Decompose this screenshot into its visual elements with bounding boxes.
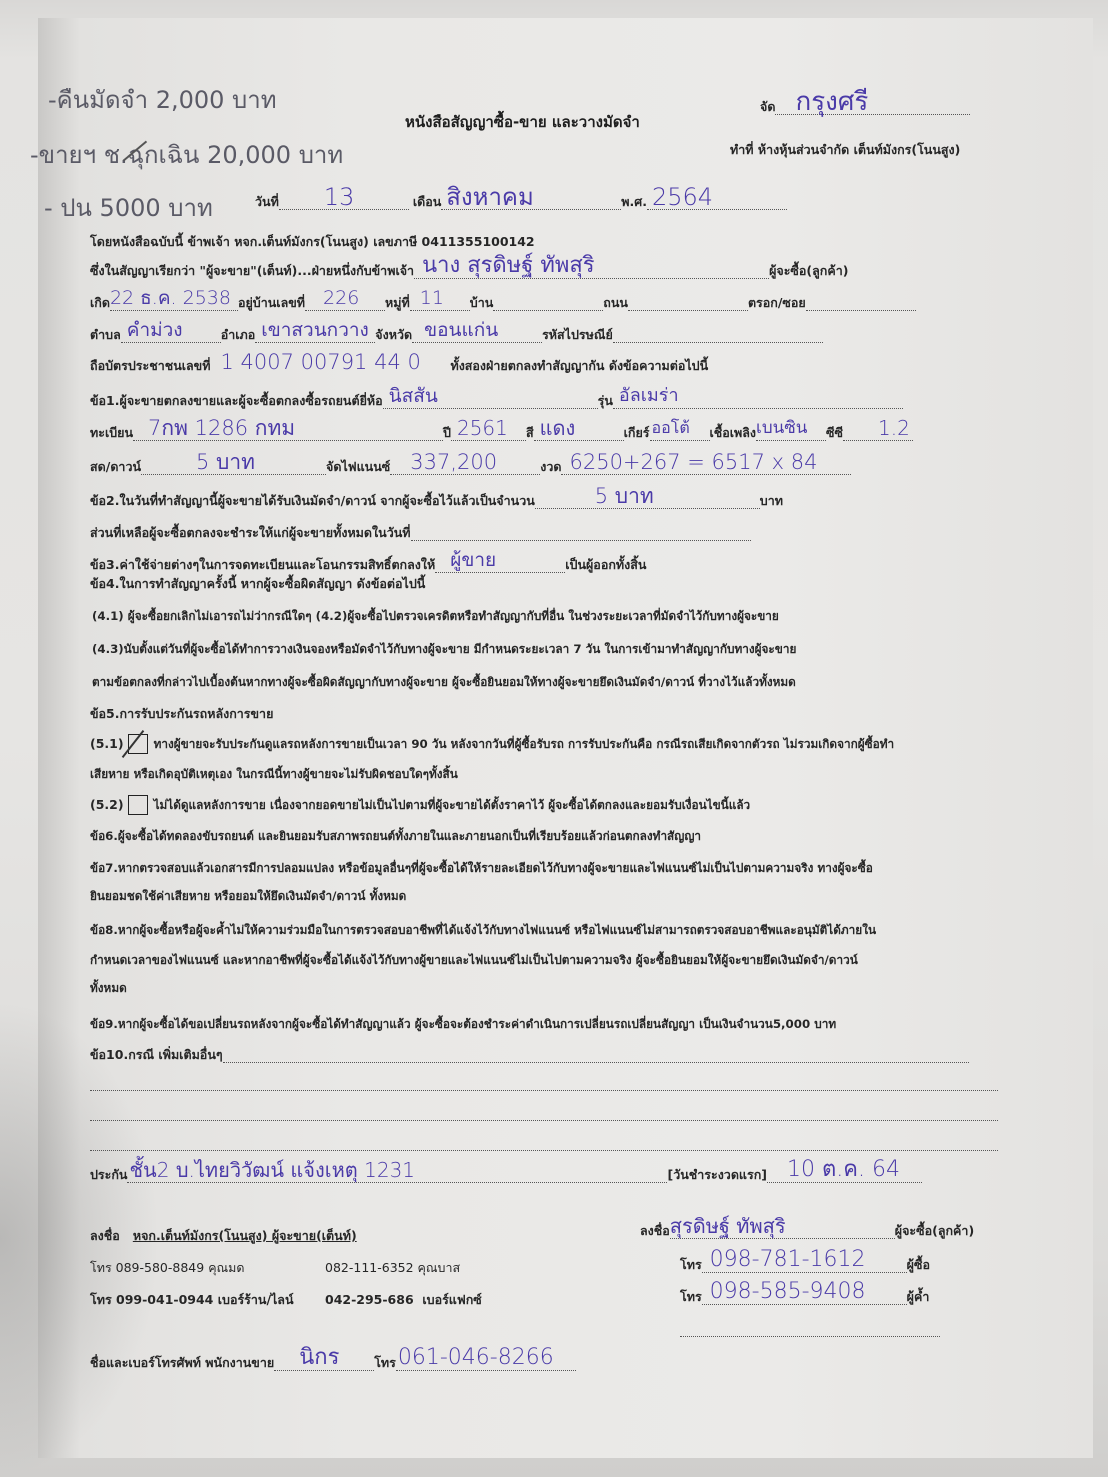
remaining-row: ส่วนที่เหลือผู้จะซื้อตกลงจะชำระให้แก่ผู้…	[90, 524, 751, 541]
salesperson-label: ชื่อและเบอร์โทรศัพท์ พนักงานขาย	[90, 1355, 274, 1371]
guarantor-phone-label: โทร	[680, 1289, 702, 1305]
remaining-date-input[interactable]	[411, 524, 751, 541]
cc-input[interactable]: 1.2	[843, 424, 913, 441]
option1-label: (5.1)	[90, 736, 124, 752]
province-label: จัด	[760, 99, 775, 115]
color-input[interactable]: แดง	[534, 424, 624, 441]
model-label: รุ่น	[598, 393, 613, 409]
clause5-option2: (5.2) ไม่ได้ดูแลหลังการขาย เนื่องจากยอดข…	[90, 795, 750, 815]
insurance-row: ประกัน ชั้น2 บ.ไทยวิวัฒน์ แจ้งเหตุ 1231 …	[90, 1166, 922, 1183]
date-row: วันที่ 13 เดือน สิงหาคม พ.ศ. 2564	[255, 193, 787, 210]
buyer-province-label: จังหวัด	[375, 327, 412, 343]
margin-note-2: -ขายฯ ช.ฉุกเฉิน 20,000 บาท	[30, 135, 343, 174]
house-no-label: อยู่บ้านเลขที่	[238, 295, 305, 311]
province-input[interactable]: กรุงศรี	[775, 98, 970, 115]
seller-name: หจก.เต็นท์มังกร(โนนสูง) ผู้จะขาย(เต็นท์)	[133, 1228, 357, 1243]
insurance-input[interactable]: ชั้น2 บ.ไทยวิวัฒน์ แจ้งเหตุ 1231	[127, 1166, 667, 1183]
buyer-phone-role: ผู้ซื้อ	[907, 1257, 930, 1273]
road-label: ถนน	[603, 295, 628, 311]
id-label: ถือบัตรประชาชนเลขที่	[90, 358, 210, 374]
postcode-label: รหัสไปรษณีย์	[542, 327, 613, 343]
margin-note-3: - ปน 5000 บาท	[44, 188, 213, 227]
seller-sign-label: ลงชื่อ	[90, 1228, 120, 1243]
year-input[interactable]: 2564	[647, 193, 787, 210]
plate-label: ทะเบียน	[90, 425, 133, 441]
address-row-1: เกิด 22 ธ.ค. 2538 อยู่บ้านเลขที่ 226 หมู…	[90, 294, 916, 311]
down-label: สด/ดาวน์	[90, 459, 141, 475]
born-label: เกิด	[90, 295, 110, 311]
clause4-line1: (4.1) ผู้จะซื้อยกเลิกไม่เอารถไม่ว่ากรณีใ…	[92, 608, 779, 624]
option2-text: ไม่ได้ดูแลหลังการขาย เนื่องจากยอดขายไม่เ…	[154, 797, 751, 813]
fee-payer-input[interactable]: ผู้ขาย	[435, 556, 565, 573]
day-label: วันที่	[255, 194, 279, 210]
car-year-label: ปี	[443, 425, 451, 441]
option1-text: ทางผู้ขายจะรับประกันดูแลรถหลังการขายเป็น…	[154, 736, 895, 752]
deposit-unit: บาท	[760, 493, 783, 509]
cc-label: ซีซี	[826, 425, 843, 441]
year-label: พ.ศ.	[621, 194, 647, 210]
clause1-row: ข้อ1.ผู้จะขายตกลงขายและผู้จะซื้อตกลงซื้อ…	[90, 392, 903, 409]
soi-label: ตรอก/ซอย	[748, 295, 806, 311]
extra-line-3[interactable]	[90, 1150, 998, 1151]
buyer-sign-label: ลงชื่อ	[640, 1223, 670, 1239]
clause1-label: ข้อ1.ผู้จะขายตกลงขายและผู้จะซื้อตกลงซื้อ…	[90, 393, 383, 409]
id-row: ถือบัตรประชาชนเลขที่ 1 4007 00791 44 0 ท…	[90, 358, 708, 374]
born-input[interactable]: 22 ธ.ค. 2538	[110, 294, 238, 311]
gear-input[interactable]: ออโต้	[650, 424, 710, 441]
road-input[interactable]	[628, 294, 748, 311]
fuel-label: เชื้อเพลิง	[710, 425, 757, 441]
clause2-row: ข้อ2.ในวันที่ทำสัญญานี้ผู้จะขายได้รับเงิ…	[90, 492, 783, 509]
finance-label: จัดไฟแนนซ์	[326, 459, 390, 475]
clause5-heading: ข้อ5.การรับประกันรถหลังการขาย	[90, 706, 273, 722]
seller-sign: ลงชื่อ หจก.เต็นท์มังกร(โนนสูง) ผู้จะขาย(…	[90, 1228, 357, 1244]
postcode-input[interactable]	[613, 326, 823, 343]
seller-contact-1: โทร 089-580-8849 คุณมด	[90, 1260, 245, 1276]
clause10-row: ข้อ10.กรณี เพิ่มเติมอื่นๆ	[90, 1046, 969, 1063]
month-label: เดือน	[413, 194, 441, 210]
buyer-phone-input[interactable]: 098-781-1612	[702, 1256, 907, 1273]
village-input[interactable]	[493, 294, 603, 311]
buyer-sign-role: ผู้จะซื้อ(ลูกค้า)	[895, 1223, 974, 1239]
insurance-label: ประกัน	[90, 1167, 127, 1183]
month-input[interactable]: สิงหาคม	[441, 193, 621, 210]
clause8-line2: กำหนดเวลาของไฟแนนซ์ และหากอาชีพที่ผู้จะซ…	[90, 952, 858, 968]
id-suffix: ทั้งสองฝ่ายตกลงทำสัญญากัน ดังข้อความต่อไ…	[450, 358, 708, 374]
day-input[interactable]: 13	[279, 193, 409, 210]
clause4-heading: ข้อ4.ในการทำสัญญาครั้งนี้ หากผู้จะซื้อผิ…	[90, 576, 425, 592]
id-input[interactable]: 1 4007 00791 44 0	[210, 358, 450, 374]
buyer-sign-row: ลงชื่อ สุรดิษฐ์ ทัพสุริ ผู้จะซื้อ(ลูกค้า…	[640, 1222, 974, 1239]
buyer-province-input[interactable]: ขอนแก่น	[412, 326, 542, 343]
buyer-role: ผู้จะซื้อ(ลูกค้า)	[769, 263, 848, 279]
clause8-line1: ข้อ8.หากผู้จะซื้อหรือผู้จะค้ำไม่ให้ความร…	[90, 922, 876, 938]
deposit-input[interactable]: 5 บาท	[535, 492, 760, 509]
intro-text: โดยหนังสือฉบับนี้ ข้าพเจ้า หจก.เต็นท์มัง…	[90, 234, 535, 250]
clause3-suffix: เป็นผู้ออกทั้งสิ้น	[565, 557, 646, 573]
house-no-input[interactable]: 226	[305, 294, 385, 311]
district-label: อำเภอ	[221, 327, 256, 343]
clause3-row: ข้อ3.ค่าใช้จ่ายต่างๆในการจดทะเบียนและโอน…	[90, 556, 646, 573]
seller-contact-3: โทร 099-041-0944 เบอร์ร้าน/ไลน์	[90, 1292, 294, 1308]
extra-line-1[interactable]	[90, 1090, 998, 1091]
option2-checkbox[interactable]	[128, 795, 148, 815]
extra-line-2[interactable]	[90, 1120, 998, 1121]
buyer-phone-label: โทร	[680, 1257, 702, 1273]
finance-input[interactable]: 337,200	[390, 458, 540, 475]
guarantor-phone-input[interactable]: 098-585-9408	[702, 1288, 907, 1305]
down-input[interactable]: 5 บาท	[141, 458, 326, 475]
first-payment-input[interactable]: 10 ต.ค. 64	[767, 1166, 922, 1183]
option1-text-cont: เสียหาย หรือเกิดอุบัติเหตุเอง ในกรณีนี้ท…	[90, 766, 458, 782]
clause6: ข้อ6.ผู้จะซื้อได้ทดลองขับรถยนต์ และยินยอ…	[90, 828, 701, 844]
address-row-2: ตำบล คำม่วง อำเภอ เขาสวนกวาง จังหวัด ขอน…	[90, 326, 823, 343]
salesperson-phone-label: โทร	[374, 1355, 396, 1371]
clause10-input[interactable]	[223, 1046, 969, 1063]
buyer-signature[interactable]: สุรดิษฐ์ ทัพสุริ	[670, 1222, 895, 1239]
plate-input[interactable]: 7กพ 1286 กทม	[133, 424, 443, 441]
salesperson-row: ชื่อและเบอร์โทรศัพท์ พนักงานขาย นิกร โทร…	[90, 1354, 576, 1371]
witness-line[interactable]	[680, 1336, 940, 1337]
clause2-label: ข้อ2.ในวันที่ทำสัญญานี้ผู้จะขายได้รับเงิ…	[90, 493, 535, 509]
clause5-option1: (5.1) ทางผู้ขายจะรับประกันดูแลรถหลังการข…	[90, 734, 894, 754]
installment-label: งวด	[540, 459, 561, 475]
clause9: ข้อ9.หากผู้จะซื้อได้ขอเปลี่ยนรถหลังจากผู…	[90, 1016, 836, 1032]
option1-checkbox[interactable]	[128, 734, 148, 754]
gear-label: เกียร์	[624, 425, 650, 441]
soi-input[interactable]	[806, 294, 916, 311]
buyer-name-row: ซึ่งในสัญญาเรียกว่า "ผู้จะขาย"(เต็นท์)..…	[90, 262, 848, 279]
clause8-line3: ทั้งหมด	[90, 980, 127, 996]
subdistrict-label: ตำบล	[90, 327, 121, 343]
fuel-input[interactable]: เบนซิน	[756, 424, 826, 441]
car-year-input[interactable]: 2561	[451, 424, 526, 441]
color-label: สี	[526, 425, 534, 441]
guarantor-phone-role: ผู้ค้ำ	[907, 1289, 930, 1305]
moo-label: หมู่ที่	[385, 295, 410, 311]
margin-note-1: -คืนมัดจำ 2,000 บาท	[48, 80, 277, 119]
remaining-label: ส่วนที่เหลือผู้จะซื้อตกลงจะชำระให้แก่ผู้…	[90, 525, 411, 541]
village-label: บ้าน	[470, 295, 494, 311]
subdistrict-input[interactable]: คำม่วง	[121, 326, 221, 343]
salesperson-phone-input[interactable]: 061-046-8266	[396, 1354, 576, 1371]
finance-row: สด/ดาวน์ 5 บาท จัดไฟแนนซ์ 337,200 งวด 62…	[90, 458, 851, 475]
option2-label: (5.2)	[90, 797, 124, 813]
installment-input[interactable]: 6250+267 = 6517 x 84	[561, 458, 851, 475]
document-title: หนังสือสัญญาซื้อ-ขาย และวางมัดจำ	[405, 110, 640, 134]
province-field: จัด กรุงศรี	[760, 98, 970, 115]
district-input[interactable]: เขาสวนกวาง	[255, 326, 375, 343]
clause10-label: ข้อ10.กรณี เพิ่มเติมอื่นๆ	[90, 1047, 223, 1063]
buyer-name-input[interactable]: นาง สุรดิษฐ์ ทัพสุริ	[414, 262, 769, 279]
made-at: ทำที่ ห้างหุ้นส่วนจำกัด เต็นท์มังกร(โนนส…	[730, 142, 960, 158]
brand-input[interactable]: นิสสัน	[383, 392, 598, 409]
model-input[interactable]: อัลเมร่า	[613, 392, 903, 409]
seller-contact-4: 042-295-686 เบอร์แฟกซ์	[325, 1292, 482, 1308]
vehicle-row: ทะเบียน 7กพ 1286 กทม ปี 2561 สี แดง เกีย…	[90, 424, 913, 441]
first-payment-label: [วันชำระงวดแรก]	[667, 1167, 767, 1183]
seller-clause: ซึ่งในสัญญาเรียกว่า "ผู้จะขาย"(เต็นท์)..…	[90, 263, 414, 279]
guarantor-phone-row: โทร 098-585-9408 ผู้ค้ำ	[680, 1288, 929, 1305]
clause3-label: ข้อ3.ค่าใช้จ่ายต่างๆในการจดทะเบียนและโอน…	[90, 557, 435, 573]
seller-contact-2: 082-111-6352 คุณบาส	[325, 1260, 460, 1276]
moo-input[interactable]: 11	[410, 294, 470, 311]
clause4-line2: (4.3)นับตั้งแต่วันที่ผู้จะซื้อได้ทำการวา…	[92, 641, 796, 657]
clause7-line1: ข้อ7.หากตรวจสอบแล้วเอกสารมีการปลอมแปลง ห…	[90, 860, 873, 876]
clause4-line3: ตามข้อตกลงที่กล่าวไปเบื้องต้นหากทางผู้จะ…	[92, 674, 796, 690]
clause7-line2: ยินยอมชดใช้ค่าเสียหาย หรือยอมให้ยึดเงินม…	[90, 888, 406, 904]
buyer-phone-row: โทร 098-781-1612 ผู้ซื้อ	[680, 1256, 930, 1273]
salesperson-name-input[interactable]: นิกร	[274, 1354, 374, 1371]
